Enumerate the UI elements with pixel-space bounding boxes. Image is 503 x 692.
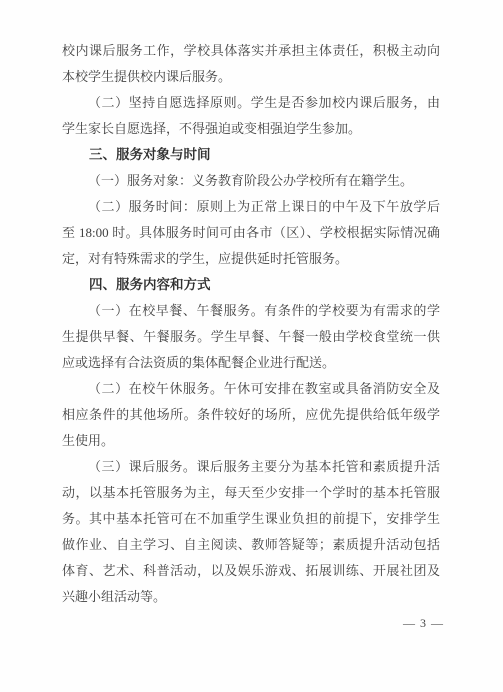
text-line: 应或选择有合法资质的集体配餐企业进行配送。 bbox=[62, 350, 440, 376]
text-line: 至 18:00 时。具体服务时间可由各市（区）、学校根据实际情况确 bbox=[62, 220, 440, 246]
text-line: 动，以基本托管服务为主，每天至少安排一个学时的基本托管服 bbox=[62, 480, 440, 506]
text-line: （三）课后服务。课后服务主要分为基本托管和素质提升活 bbox=[62, 454, 440, 480]
text-line: 定，对有特殊需求的学生，应提供延时托管服务。 bbox=[62, 246, 440, 272]
document-body: 校内课后服务工作，学校具体落实并承担主体责任，积极主动向本校学生提供校内课后服务… bbox=[62, 38, 440, 610]
text-line: 做作业、自主学习、自主阅读、教师答疑等；素质提升活动包括 bbox=[62, 532, 440, 558]
text-line: 校内课后服务工作，学校具体落实并承担主体责任，积极主动向 bbox=[62, 38, 440, 64]
text-line: （一）在校早餐、午餐服务。有条件的学校要为有需求的学 bbox=[62, 298, 440, 324]
text-line: 学生家长自愿选择，不得强迫或变相强迫学生参加。 bbox=[62, 116, 440, 142]
section-heading: 四、服务内容和方式 bbox=[62, 272, 440, 298]
text-line: 生使用。 bbox=[62, 428, 440, 454]
document-page: 校内课后服务工作，学校具体落实并承担主体责任，积极主动向本校学生提供校内课后服务… bbox=[0, 0, 503, 692]
text-line: （二）服务时间：原则上为正常上课日的中午及下午放学后 bbox=[62, 194, 440, 220]
text-line: 生提供早餐、午餐服务。学生早餐、午餐一般由学校食堂统一供 bbox=[62, 324, 440, 350]
text-line: （二）在校午休服务。午休可安排在教室或具备消防安全及 bbox=[62, 376, 440, 402]
section-heading: 三、服务对象与时间 bbox=[62, 142, 440, 168]
page-number: — 3 — bbox=[403, 614, 444, 632]
text-line: 兴趣小组活动等。 bbox=[62, 584, 440, 610]
text-line: 本校学生提供校内课后服务。 bbox=[62, 64, 440, 90]
text-line: 相应条件的其他场所。条件较好的场所，应优先提供给低年级学 bbox=[62, 402, 440, 428]
text-line: （二）坚持自愿选择原则。学生是否参加校内课后服务，由 bbox=[62, 90, 440, 116]
text-line: 务。其中基本托管可在不加重学生课业负担的前提下，安排学生 bbox=[62, 506, 440, 532]
text-line: 体育、艺术、科普活动，以及娱乐游戏、拓展训练、开展社团及 bbox=[62, 558, 440, 584]
text-line: （一）服务对象：义务教育阶段公办学校所有在籍学生。 bbox=[62, 168, 440, 194]
